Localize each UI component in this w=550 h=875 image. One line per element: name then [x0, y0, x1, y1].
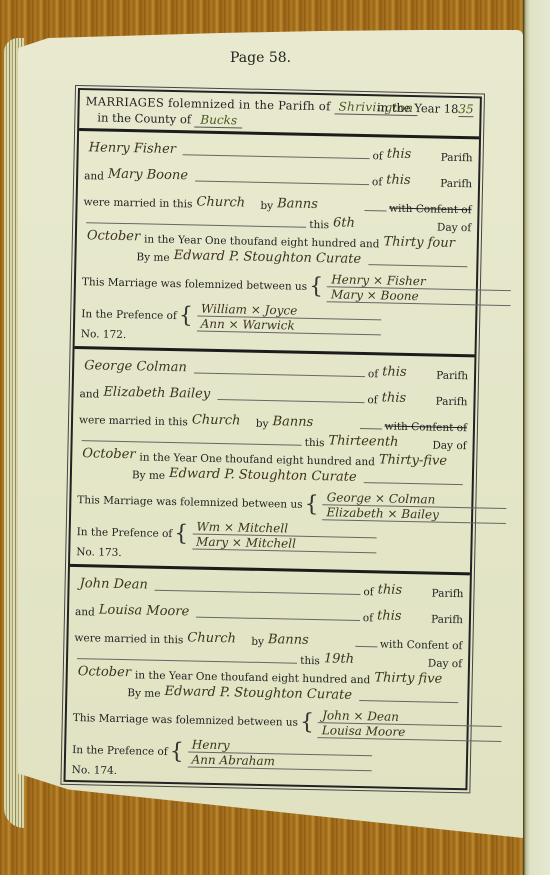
signature-bride: Mary × Boone [327, 287, 511, 306]
marriage-place: Church [192, 194, 260, 211]
witness-2: Ann Abraham [187, 752, 371, 771]
by-me-label: By me [136, 251, 169, 264]
by-me-label: By me [127, 687, 160, 700]
consent-label: with Confent of [384, 420, 467, 434]
groom-parish: this [383, 146, 441, 163]
marriage-year-words: Thirty-five [375, 452, 451, 470]
witnesses-row: In the Prefence of { Wm × Mitchell Mary … [76, 517, 465, 555]
bride-parish: this [373, 608, 431, 625]
presence-label: In the Prefence of [81, 308, 177, 322]
by-label: by [251, 636, 264, 648]
party-signatures: Henry × Fisher Mary × Boone [327, 272, 512, 306]
of-label: of [363, 612, 373, 624]
groom-parish: this [373, 582, 431, 599]
by-me-label: By me [132, 469, 165, 482]
marriage-place: Church [188, 412, 256, 429]
officiant-name: Edward P. Stoughton Curate [160, 684, 356, 704]
marriage-entry: John Dean of this Parifh and Louisa Moor… [65, 567, 469, 790]
witnesses-row: In the Prefence of { William × Joyce Ann… [81, 299, 470, 337]
parish-label: Parifh [435, 396, 467, 409]
consent-label: with Confent of [380, 638, 463, 652]
parish-label: Parifh [441, 152, 473, 165]
parish-label: Parifh [436, 370, 468, 383]
groom-name: George Colman [80, 358, 191, 376]
marriage-month: October [78, 446, 140, 463]
bride-row: and Elizabeth Bailey of this Parifh [79, 383, 467, 408]
header-line2: in the County of Bucks [97, 110, 243, 128]
solemnized-label: This Marriage was folemnized between us [73, 712, 298, 729]
married-in-label: were married in this [79, 414, 188, 428]
witness-signatures: Henry Ann Abraham [187, 737, 372, 771]
and-label: and [84, 170, 104, 182]
this-label: this [300, 655, 320, 667]
groom-row: Henry Fisher of this Parifh [85, 139, 473, 164]
witness-signatures: Wm × Mitchell Mary × Mitchell [192, 519, 377, 553]
year-suffix: 35 [458, 102, 474, 117]
by-label: by [260, 200, 273, 212]
bride-parish: this [382, 172, 440, 189]
solemnized-label: This Marriage was folemnized between us [82, 276, 307, 293]
of-label: of [372, 176, 382, 188]
marriage-year-words: Thirty four [379, 234, 459, 252]
this-label: this [305, 437, 325, 449]
marriage-entry: George Colman of this Parifh and Elizabe… [70, 349, 474, 575]
marriage-by: Banns [268, 414, 356, 432]
groom-name: John Dean [75, 576, 151, 594]
presence-label: In the Prefence of [72, 744, 168, 758]
of-label: of [368, 368, 378, 380]
by-label: by [256, 418, 269, 430]
and-label: and [75, 606, 95, 618]
marriage-day: 6th [329, 215, 437, 233]
marriage-place: Church [183, 630, 251, 647]
register-frame: MARRIAGES folemnized in the Parifh of Sh… [63, 88, 481, 790]
marriage-year-words: Thirty five [370, 670, 446, 688]
parish-label: Parifh [440, 178, 472, 191]
marriage-by: Banns [264, 632, 352, 650]
entries-list: Henry Fisher of this Parifh and Mary Boo… [65, 131, 479, 790]
of-label: of [372, 150, 382, 162]
entry-number: No. 172. [81, 328, 127, 341]
party-signatures: George × Colman Elizabeth × Bailey [322, 490, 507, 524]
of-label: of [363, 586, 373, 598]
day-of-label: Day of [432, 440, 466, 453]
bride-row: and Louisa Moore of this Parifh [75, 601, 463, 626]
county-name: Bucks [195, 112, 243, 128]
bride-name: Elizabeth Bailey [99, 385, 214, 403]
marriage-entry: Henry Fisher of this Parifh and Mary Boo… [75, 131, 479, 357]
marriage-day: 19th [320, 651, 428, 669]
entry-number: No. 174. [72, 764, 118, 777]
witness-2: Ann × Warwick [197, 317, 381, 336]
book-gutter [523, 0, 550, 875]
bride-row: and Mary Boone of this Parifh [84, 165, 472, 190]
page-number: Page 58. [230, 50, 291, 66]
solemnized-label: This Marriage was folemnized between us [77, 494, 302, 511]
bride-name: Mary Boone [104, 167, 192, 185]
party-signatures: John × Dean Louisa Moore [318, 708, 503, 742]
marriage-month: October [83, 228, 145, 245]
parish-label: Parifh [431, 588, 463, 601]
county-label-text: in the County of [97, 110, 191, 126]
entry-number: No. 173. [76, 546, 122, 559]
signature-bride: Louisa Moore [318, 723, 502, 742]
groom-row: John Dean of this Parifh [75, 575, 463, 600]
of-label: of [367, 394, 377, 406]
marriage-day: Thirteenth [324, 433, 432, 451]
header-year: in the Year 1835 [377, 100, 474, 117]
witness-signatures: William × Joyce Ann × Warwick [197, 302, 382, 336]
marriage-month: October [74, 664, 136, 681]
groom-parish: this [378, 364, 436, 381]
officiant-name: Edward P. Stoughton Curate [169, 248, 365, 268]
bride-name: Louisa Moore [95, 602, 194, 620]
officiant-name: Edward P. Stoughton Curate [165, 466, 361, 486]
married-in-label: were married in this [74, 632, 183, 646]
presence-label: In the Prefence of [77, 526, 173, 540]
marriage-by: Banns [273, 196, 361, 214]
consent-label: with Confent of [389, 203, 472, 217]
and-label: and [79, 388, 99, 400]
parish-label: Parifh [431, 614, 463, 627]
day-of-label: Day of [428, 657, 462, 670]
this-label: this [309, 219, 329, 231]
witness-2: Mary × Mitchell [192, 534, 376, 553]
witnesses-row: In the Prefence of { Henry Ann Abraham [72, 735, 461, 773]
signature-bride: Elizabeth × Bailey [322, 505, 506, 524]
married-in-label: were married in this [83, 196, 192, 210]
year-label: in the Year 18 [377, 100, 459, 116]
groom-row: George Colman of this Parifh [80, 357, 468, 382]
bride-parish: this [378, 390, 436, 407]
day-of-label: Day of [437, 222, 471, 235]
groom-name: Henry Fisher [85, 140, 181, 158]
